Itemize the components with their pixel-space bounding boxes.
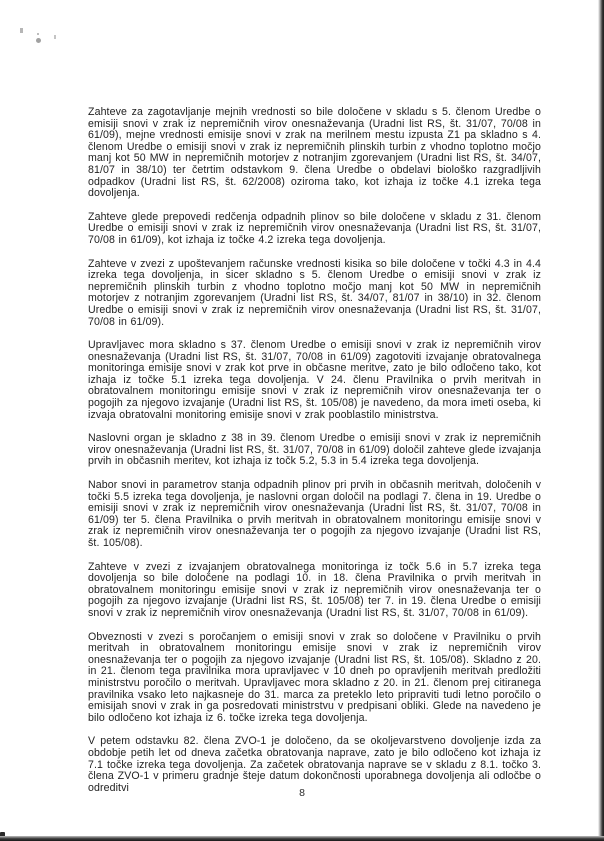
paragraph-operational-monitoring: Upravljavec mora skladno s 37. členom Ur… bbox=[88, 340, 541, 421]
scanned-document-page: Zahteve za zagotavljanje mejnih vrednost… bbox=[0, 0, 604, 841]
paragraph-oxygen-reference: Zahteve v zvezi z upoštevanjem računske … bbox=[88, 259, 541, 329]
scan-speck bbox=[20, 28, 23, 33]
scan-speck bbox=[36, 38, 41, 43]
paragraph-limit-values: Zahteve za zagotavljanje mejnih vrednost… bbox=[88, 107, 541, 200]
paragraph-monitoring-requirements: Zahteve v zvezi z izvajanjem obratovalne… bbox=[88, 562, 541, 620]
scan-speck bbox=[37, 33, 39, 35]
scan-edge-right bbox=[598, 0, 604, 841]
scan-speck bbox=[54, 35, 56, 39]
scan-edge-bottom bbox=[0, 836, 604, 841]
page-number: 8 bbox=[0, 787, 604, 799]
paragraph-substances-parameters: Nabor snovi in parametrov stanja odpadni… bbox=[88, 480, 541, 550]
paragraph-reporting-obligations: Obveznosti v zvezi s poročanjem o emisij… bbox=[88, 632, 541, 725]
document-body: Zahteve za zagotavljanje mejnih vrednost… bbox=[88, 107, 541, 806]
paragraph-dilution-prohibition: Zahteve glede prepovedi redčenja odpadni… bbox=[88, 212, 541, 247]
paragraph-first-periodic-measurements: Naslovni organ je skladno z 38 in 39. čl… bbox=[88, 433, 541, 468]
paragraph-permit-validity: V petem odstavku 82. člena ZVO-1 je dolo… bbox=[88, 736, 541, 794]
